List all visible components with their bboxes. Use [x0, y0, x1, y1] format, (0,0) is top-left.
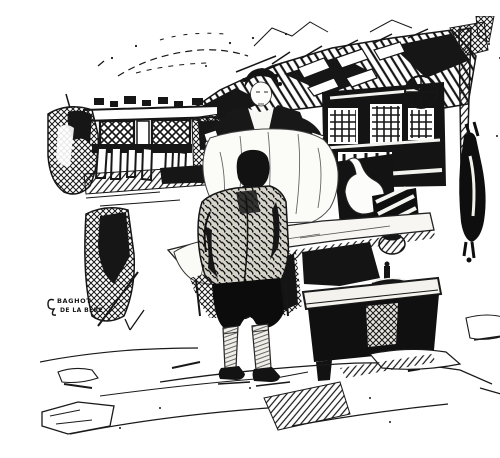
cage: [372, 106, 400, 142]
table-leg: [316, 360, 332, 381]
illustration-canvas: BAGHOT DE LA BERE: [40, 16, 500, 442]
signature-arrow: [125, 310, 144, 330]
shelf-post: [137, 121, 149, 148]
signature-flourish: [48, 300, 56, 316]
signature-name-line2: DE LA BERE: [60, 307, 103, 314]
man-breeches: [212, 278, 284, 328]
ink-sketch-svg: BAGHOT DE LA BERE: [40, 16, 500, 442]
signature-name-line1: BAGHOT: [57, 297, 91, 305]
man-left-shoe: [219, 366, 245, 380]
left-stall: [84, 96, 222, 206]
man-right-shoe: [253, 367, 281, 382]
stipple-dots: [488, 43, 500, 321]
lattice-hamper: [152, 120, 190, 148]
lattice-hamper: [100, 121, 134, 148]
table-front-panel: [366, 303, 398, 347]
stallholder-face: [251, 82, 272, 106]
left-hanging-cloth: [48, 94, 98, 194]
cage: [330, 110, 356, 142]
shelf-clutter: [94, 96, 203, 107]
stone: [42, 402, 114, 434]
cage: [410, 110, 432, 138]
stone: [466, 315, 500, 339]
stone: [58, 368, 98, 382]
hatched-ground-patch: [264, 382, 350, 430]
